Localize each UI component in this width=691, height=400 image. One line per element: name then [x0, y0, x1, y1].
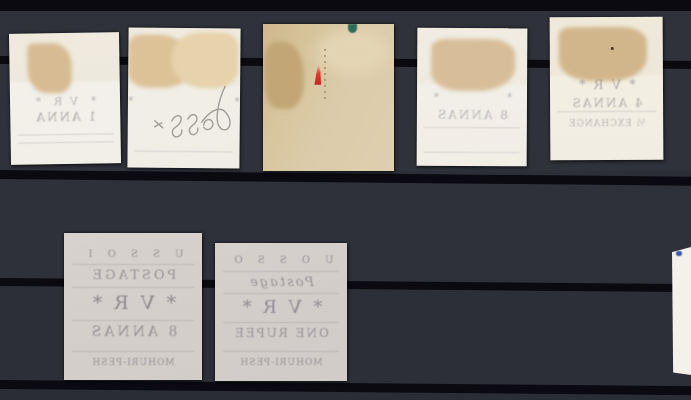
showthrough-frame-line [223, 322, 339, 323]
showthrough-text: * V R * [215, 297, 347, 318]
showthrough-text: * * [417, 91, 527, 105]
showthrough-frame-line [72, 320, 193, 321]
hinge-remnant [27, 43, 72, 93]
showthrough-text: 1 ANNA [10, 109, 120, 125]
dark-speck [611, 47, 614, 50]
showthrough-text: MOHURI-PESH [64, 358, 202, 368]
strip-edge-top [0, 0, 691, 11]
showthrough-frame-line [72, 287, 193, 288]
showthrough-frame-line [423, 152, 520, 154]
showthrough-frame-line [17, 141, 114, 144]
showthrough-frame-line [223, 293, 339, 294]
stamp-2: * * [127, 28, 240, 169]
showthrough-frame-line [557, 111, 656, 113]
showthrough-text: 8 ANNAS [417, 108, 527, 123]
showthrough-text: MOHURI-PESH [215, 358, 347, 368]
showthrough-text: POSTAGE [64, 268, 202, 283]
pencil-inscription [127, 28, 240, 169]
hinge-remnant [431, 39, 515, 92]
stockbook-page: * V R * 1 ANNA * * * [0, 0, 691, 400]
stamp-5: * V R * 4 ANNAS ½ EXCHANGE [550, 17, 664, 161]
perforation-dots [324, 49, 326, 99]
showthrough-frame-line [72, 351, 193, 352]
stamp-6: U S S O I POSTAGE * V R * 8 ANNAS MOHURI… [64, 233, 202, 380]
showthrough-text: * V R * [64, 292, 202, 314]
showthrough-frame-line [17, 133, 114, 136]
showthrough-text: * V R * [10, 94, 120, 109]
stamp-3 [263, 24, 394, 171]
showthrough-frame-line [72, 264, 193, 265]
red-paper-mark [314, 64, 321, 85]
showthrough-text: ½ EXCHANGE [550, 118, 663, 129]
showthrough-frame-line [223, 271, 339, 272]
showthrough-text: 4 ANNAS [550, 95, 663, 110]
showthrough-text: U O S S O [215, 255, 347, 266]
showthrough-text: ONE RUPEE [215, 326, 347, 340]
showthrough-text: U S S O I [64, 249, 202, 260]
showthrough-text: Postage [215, 275, 347, 290]
blue-paper-mark [676, 251, 682, 256]
hinge-remnant [264, 42, 303, 110]
paper-mottling [317, 30, 389, 74]
stamp-fragment-edge [672, 247, 691, 375]
stamp-1: * V R * 1 ANNA [9, 32, 121, 165]
stamp-4: * * 8 ANNAS [417, 28, 528, 167]
showthrough-text: * V R * [550, 78, 663, 94]
showthrough-frame-line [223, 351, 339, 352]
showthrough-text: 8 ANNAS [64, 324, 202, 340]
stamp-7: U O S S O Postage * V R * ONE RUPEE MOHU… [215, 243, 347, 381]
showthrough-frame-line [423, 127, 520, 129]
hinge-remnant [559, 27, 647, 82]
